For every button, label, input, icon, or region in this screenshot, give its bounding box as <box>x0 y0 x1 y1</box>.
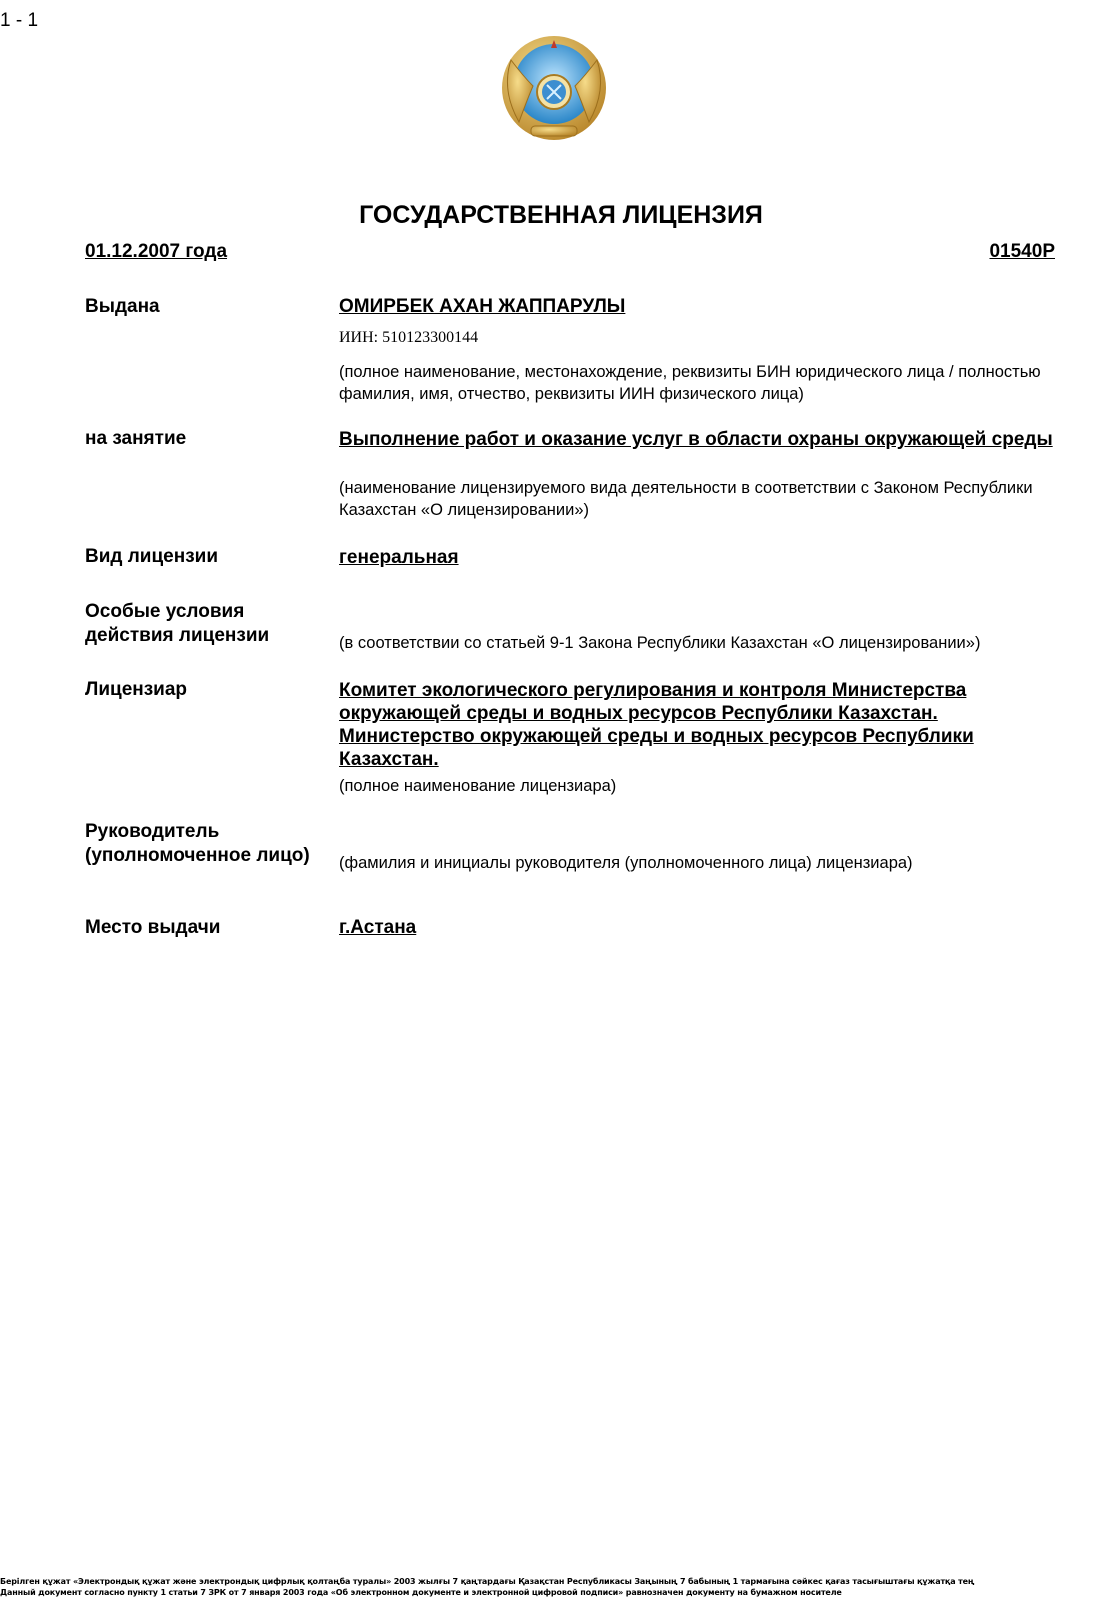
issued-to-value: ОМИРБЕК АХАН ЖАППАРУЛЫ <box>339 295 1069 318</box>
license-type-label: Вид лицензии <box>85 545 218 569</box>
head-hint: (фамилия и инициалы руководителя (уполно… <box>339 852 1069 874</box>
license-type-value: генеральная <box>339 546 1069 569</box>
place-value: г.Астана <box>339 916 1069 939</box>
state-emblem-icon <box>493 30 615 150</box>
licensor-value: Комитет экологического регулирования и к… <box>339 679 1069 771</box>
issue-date: 01.12.2007 года <box>85 241 227 263</box>
iin-value: ИИН: 510123300144 <box>339 329 478 347</box>
license-number: 01540Р <box>989 241 1055 263</box>
special-conditions-label-2: действия лицензии <box>85 624 269 648</box>
head-label-1: Руководитель <box>85 820 219 844</box>
place-label: Место выдачи <box>85 916 220 940</box>
page-counter: 1 - 1 <box>0 10 38 32</box>
special-conditions-hint: (в соответствии со статьей 9-1 Закона Ре… <box>339 632 1069 654</box>
document-title: ГОСУДАРСТВЕННАЯ ЛИЦЕНЗИЯ <box>0 201 1093 230</box>
licensor-hint: (полное наименование лицензиара) <box>339 775 1069 797</box>
activity-hint: (наименование лицензируемого вида деятел… <box>339 477 1069 521</box>
footer-russian-notice: Данный документ согласно пункту 1 статьи… <box>0 1588 842 1597</box>
issued-to-label: Выдана <box>85 295 160 319</box>
issued-to-hint: (полное наименование, местонахождение, р… <box>339 361 1069 405</box>
footer-kazakh-notice: Берілген құжат «Электрондық құжат және э… <box>0 1577 974 1586</box>
head-label-2: (уполномоченное лицо) <box>85 844 310 868</box>
licensor-label: Лицензиар <box>85 678 187 702</box>
activity-label: на занятие <box>85 427 186 451</box>
activity-value: Выполнение работ и оказание услуг в обла… <box>339 428 1069 451</box>
special-conditions-label-1: Особые условия <box>85 600 244 624</box>
